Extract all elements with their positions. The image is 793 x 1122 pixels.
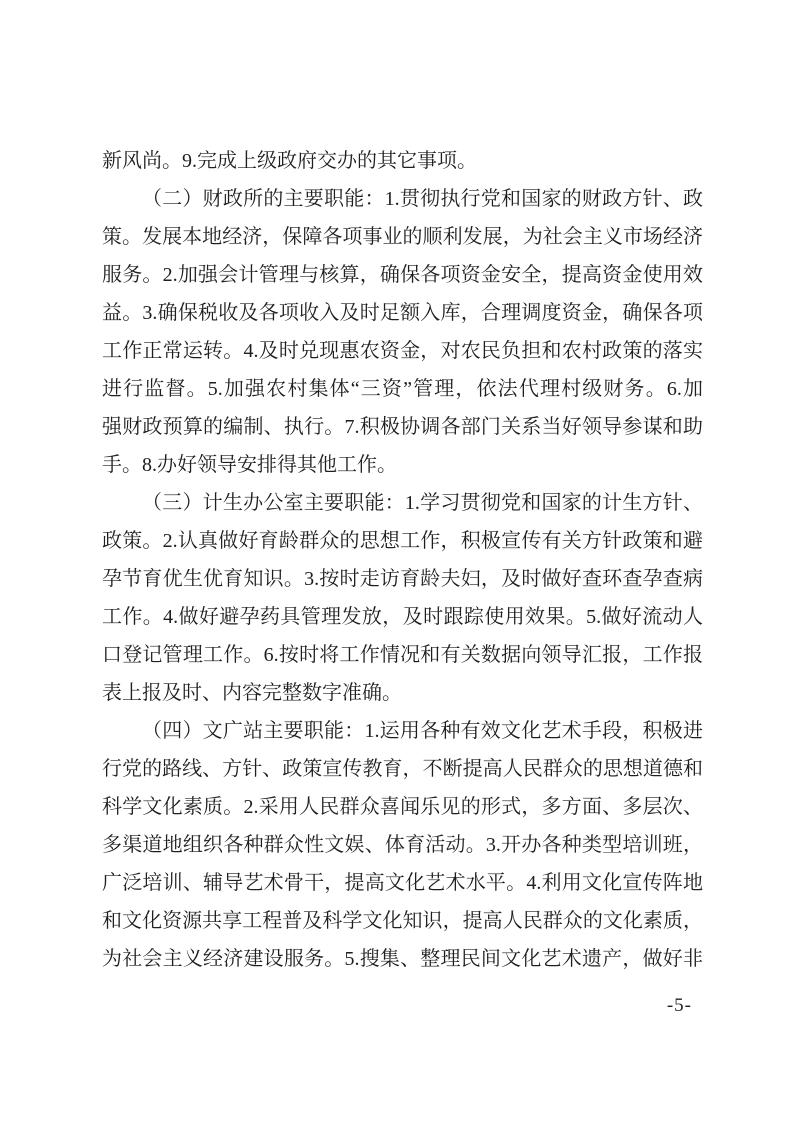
text-line: （三）计生办公室主要职能：1.学习贯彻党和国家的计生方针、	[102, 484, 703, 522]
text-line: 和文化资源共享工程普及科学文化知识，提高人民群众的文化素质，	[102, 902, 703, 940]
text-line: 强财政预算的编制、执行。7.积极协调各部门关系当好领导参谋和助	[102, 408, 703, 446]
text-line: 广泛培训、辅导艺术骨干，提高文化艺术水平。4.利用文化宣传阵地	[102, 864, 703, 902]
text-line: 行党的路线、方针、政策宣传教育，不断提高人民群众的思想道德和	[102, 750, 703, 788]
text-line: 策。发展本地经济，保障各项事业的顺利发展，为社会主义市场经济	[102, 218, 703, 256]
document-page: 新风尚。9.完成上级政府交办的其它事项。（二）财政所的主要职能：1.贯彻执行党和…	[0, 0, 793, 1122]
text-line: 口登记管理工作。6.按时将工作情况和有关数据向领导汇报，工作报	[102, 636, 703, 674]
text-line: 孕节育优生优育知识。3.按时走访育龄夫妇，及时做好查环查孕查病	[102, 560, 703, 598]
text-line: 手。8.办好领导安排得其他工作。	[102, 446, 703, 484]
page-number: -5-	[667, 995, 692, 1017]
text-line: 为社会主义经济建设服务。5.搜集、整理民间文化艺术遗产，做好非	[102, 940, 703, 978]
text-line: 多渠道地组织各种群众性文娱、体育活动。3.开办各种类型培训班，	[102, 826, 703, 864]
text-line: 进行监督。5.加强农村集体“三资”管理，依法代理村级财务。6.加	[102, 370, 703, 408]
text-line: 政策。2.认真做好育龄群众的思想工作，积极宣传有关方针政策和避	[102, 522, 703, 560]
text-line: （二）财政所的主要职能：1.贯彻执行党和国家的财政方针、政	[102, 180, 703, 218]
document-body: 新风尚。9.完成上级政府交办的其它事项。（二）财政所的主要职能：1.贯彻执行党和…	[102, 142, 703, 978]
text-line: 新风尚。9.完成上级政府交办的其它事项。	[102, 142, 703, 180]
text-line: 表上报及时、内容完整数字准确。	[102, 674, 703, 712]
text-line: 科学文化素质。2.采用人民群众喜闻乐见的形式，多方面、多层次、	[102, 788, 703, 826]
text-line: 工作正常运转。4.及时兑现惠农资金，对农民负担和农村政策的落实	[102, 332, 703, 370]
text-line: 工作。4.做好避孕药具管理发放，及时跟踪使用效果。5.做好流动人	[102, 598, 703, 636]
text-line: 益。3.确保税收及各项收入及时足额入库，合理调度资金，确保各项	[102, 294, 703, 332]
text-line: 服务。2.加强会计管理与核算，确保各项资金安全，提高资金使用效	[102, 256, 703, 294]
text-line: （四）文广站主要职能：1.运用各种有效文化艺术手段，积极进	[102, 712, 703, 750]
